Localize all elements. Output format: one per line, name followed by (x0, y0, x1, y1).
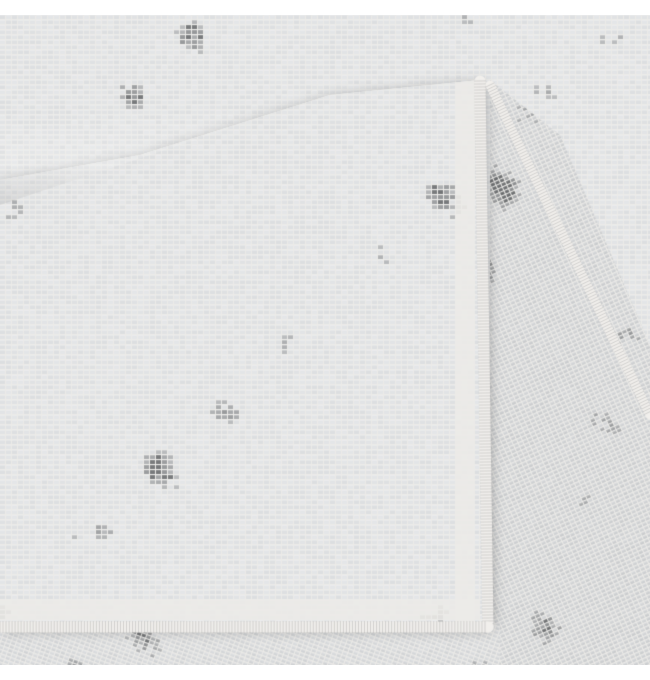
rug-photo (0, 15, 650, 665)
